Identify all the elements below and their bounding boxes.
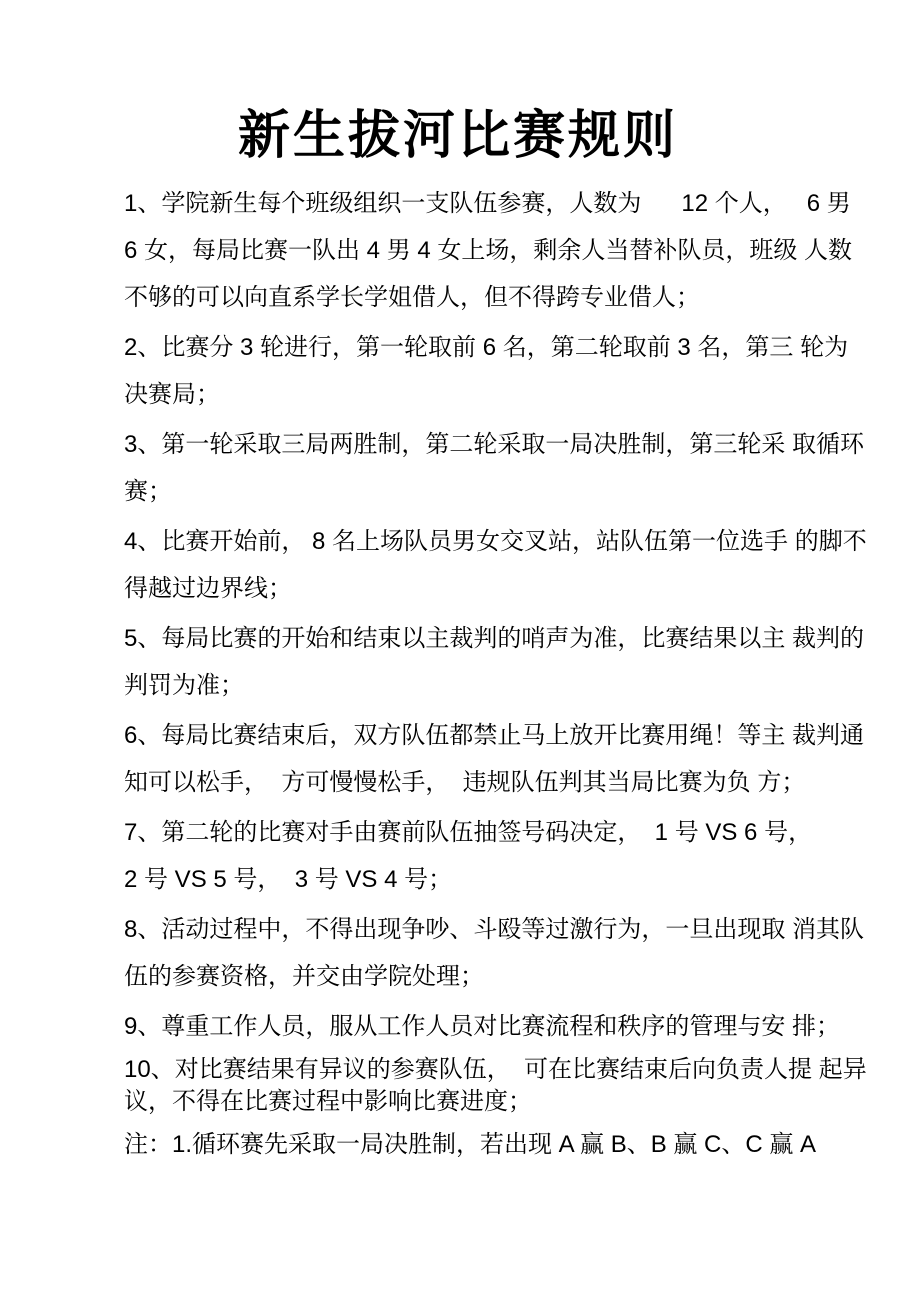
text-line: 注：1.循环赛先采取一局决胜制，若出现 A 赢 B、B 赢 C、C 赢 A xyxy=(124,1121,792,1168)
text-line: 知可以松手， 方可慢慢松手， 违规队伍判其当局比赛为负 方； xyxy=(124,759,792,806)
paragraph-rule-4: 4、比赛开始前， 8 名上场队员男女交叉站，站队伍第一位选手 的脚不 得越过边界… xyxy=(124,518,792,612)
paragraph-rule-1: 1、学院新生每个班级组织一支队伍参赛，人数为 12 个人， 6 男 6 女，每局… xyxy=(124,180,792,321)
text-line: 9、尊重工作人员，服从工作人员对比赛流程和秩序的管理与安 排； xyxy=(124,1003,792,1050)
text-line: 8、活动过程中，不得出现争吵、斗殴等过激行为，一旦出现取 消其队 xyxy=(124,906,792,953)
paragraph-rule-8: 8、活动过程中，不得出现争吵、斗殴等过激行为，一旦出现取 消其队 伍的参赛资格，… xyxy=(124,906,792,1000)
text-line: 4、比赛开始前， 8 名上场队员男女交叉站，站队伍第一位选手 的脚不 xyxy=(124,518,792,565)
paragraph-rule-6: 6、每局比赛结束后，双方队伍都禁止马上放开比赛用绳！等主 裁判通 知可以松手， … xyxy=(124,712,792,806)
text-line: 2、比赛分 3 轮进行，第一轮取前 6 名，第二轮取前 3 名，第三 轮为 xyxy=(124,324,792,371)
document-page: 新生拔河比赛规则 1、学院新生每个班级组织一支队伍参赛，人数为 12 个人， 6… xyxy=(0,0,920,1303)
text-line: 7、第二轮的比赛对手由赛前队伍抽签号码决定， 1 号 VS 6 号， xyxy=(124,809,792,856)
text-line: 1、学院新生每个班级组织一支队伍参赛，人数为 12 个人， 6 男 xyxy=(124,180,792,227)
text-line: 5、每局比赛的开始和结束以主裁判的哨声为准，比赛结果以主 裁判的 xyxy=(124,615,792,662)
text-line: 决赛局； xyxy=(124,371,792,418)
text-line: 赛； xyxy=(124,468,792,515)
paragraph-rule-2: 2、比赛分 3 轮进行，第一轮取前 6 名，第二轮取前 3 名，第三 轮为 决赛… xyxy=(124,324,792,418)
text-line: 得越过边界线； xyxy=(124,565,792,612)
paragraph-rule-7: 7、第二轮的比赛对手由赛前队伍抽签号码决定， 1 号 VS 6 号， 2 号 V… xyxy=(124,809,792,903)
document-title: 新生拔河比赛规则 xyxy=(124,106,792,166)
paragraph-rule-3: 3、第一轮采取三局两胜制，第二轮采取一局决胜制，第三轮采 取循环 赛； xyxy=(124,421,792,515)
text-line: 伍的参赛资格，并交由学院处理； xyxy=(124,953,792,1000)
text-line: 6 女，每局比赛一队出 4 男 4 女上场，剩余人当替补队员，班级 人数 xyxy=(124,227,792,274)
text-line: 议，不得在比赛过程中影响比赛进度； xyxy=(124,1086,792,1118)
paragraph-rule-5: 5、每局比赛的开始和结束以主裁判的哨声为准，比赛结果以主 裁判的 判罚为准； xyxy=(124,615,792,709)
text-line: 不够的可以向直系学长学姐借人，但不得跨专业借人； xyxy=(124,274,792,321)
text-line: 判罚为准； xyxy=(124,662,792,709)
paragraph-note: 注：1.循环赛先采取一局决胜制，若出现 A 赢 B、B 赢 C、C 赢 A xyxy=(124,1121,792,1168)
text-line: 10、对比赛结果有异议的参赛队伍， 可在比赛结束后向负责人提 起异 xyxy=(124,1054,792,1086)
text-line: 2 号 VS 5 号， 3 号 VS 4 号； xyxy=(124,856,792,903)
paragraph-rule-10: 10、对比赛结果有异议的参赛队伍， 可在比赛结束后向负责人提 起异 议，不得在比… xyxy=(124,1054,792,1118)
text-line: 3、第一轮采取三局两胜制，第二轮采取一局决胜制，第三轮采 取循环 xyxy=(124,421,792,468)
paragraph-rule-9: 9、尊重工作人员，服从工作人员对比赛流程和秩序的管理与安 排； xyxy=(124,1003,792,1050)
text-line: 6、每局比赛结束后，双方队伍都禁止马上放开比赛用绳！等主 裁判通 xyxy=(124,712,792,759)
